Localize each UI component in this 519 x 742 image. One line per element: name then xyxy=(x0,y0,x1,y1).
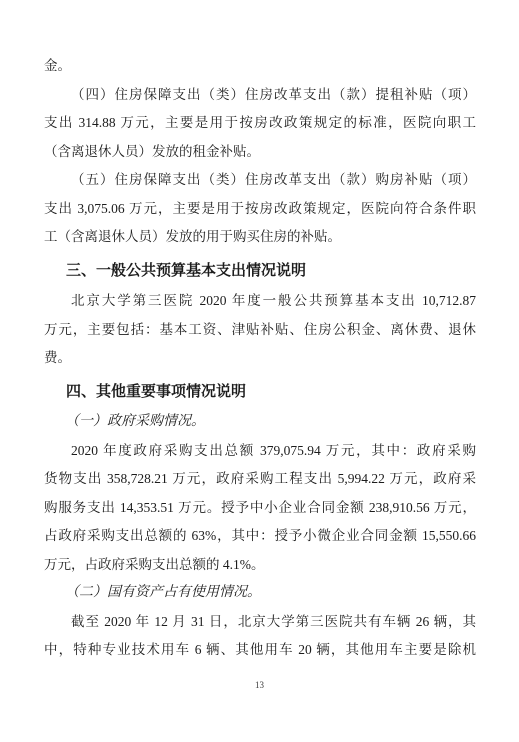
text-line: 支出 3,075.06 万元，主要是用于按房改政策规定，医院向符合条件职 xyxy=(44,195,476,224)
text-line: （四）住房保障支出（类）住房改革支出（款）提租补贴（项） xyxy=(44,81,476,110)
text-line: 北京大学第三医院 2020 年度一般公共预算基本支出 10,712.87 xyxy=(44,287,476,316)
text-line: 金。 xyxy=(44,52,476,81)
subsection-heading: （二）国有资产占有使用情况。 xyxy=(44,579,476,608)
text-line: 货物支出 358,728.21 万元，政府采购工程支出 5,994.22 万元，… xyxy=(44,465,476,494)
subsection-heading: （一）政府采购情况。 xyxy=(44,408,476,437)
document-page: 金。（四）住房保障支出（类）住房改革支出（款）提租补贴（项）支出 314.88 … xyxy=(0,0,519,742)
page-number: 13 xyxy=(0,680,519,691)
text-line: 占政府采购支出总额的 63%，其中：授予小微企业合同金额 15,550.66 xyxy=(44,522,476,551)
text-line: 万元，占政府采购支出总额的 4.1%。 xyxy=(44,551,476,580)
text-line: 支出 314.88 万元，主要是用于按房改政策规定的标准，医院向职工 xyxy=(44,109,476,138)
document-body: 金。（四）住房保障支出（类）住房改革支出（款）提租补贴（项）支出 314.88 … xyxy=(44,52,476,665)
section-heading: 四、其他重要事项情况说明 xyxy=(44,378,476,407)
text-line: （含离退休人员）发放的租金补贴。 xyxy=(44,138,476,167)
text-line: 费。 xyxy=(44,344,476,373)
text-line: 中，特种专业技术用车 6 辆、其他用车 20 辆，其他用车主要是除机 xyxy=(44,636,476,665)
text-line: 购服务支出 14,353.51 万元。授予中小企业合同金额 238,910.56… xyxy=(44,494,476,523)
section-heading: 三、一般公共预算基本支出情况说明 xyxy=(44,257,476,286)
text-line: 截至 2020 年 12 月 31 日，北京大学第三医院共有车辆 26 辆，其 xyxy=(44,608,476,637)
text-line: 工（含离退休人员）发放的用于购买住房的补贴。 xyxy=(44,223,476,252)
text-line: （五）住房保障支出（类）住房改革支出（款）购房补贴（项） xyxy=(44,166,476,195)
text-line: 万元，主要包括：基本工资、津贴补贴、住房公积金、离休费、退休 xyxy=(44,316,476,345)
text-line: 2020 年度政府采购支出总额 379,075.94 万元，其中：政府采购 xyxy=(44,437,476,466)
